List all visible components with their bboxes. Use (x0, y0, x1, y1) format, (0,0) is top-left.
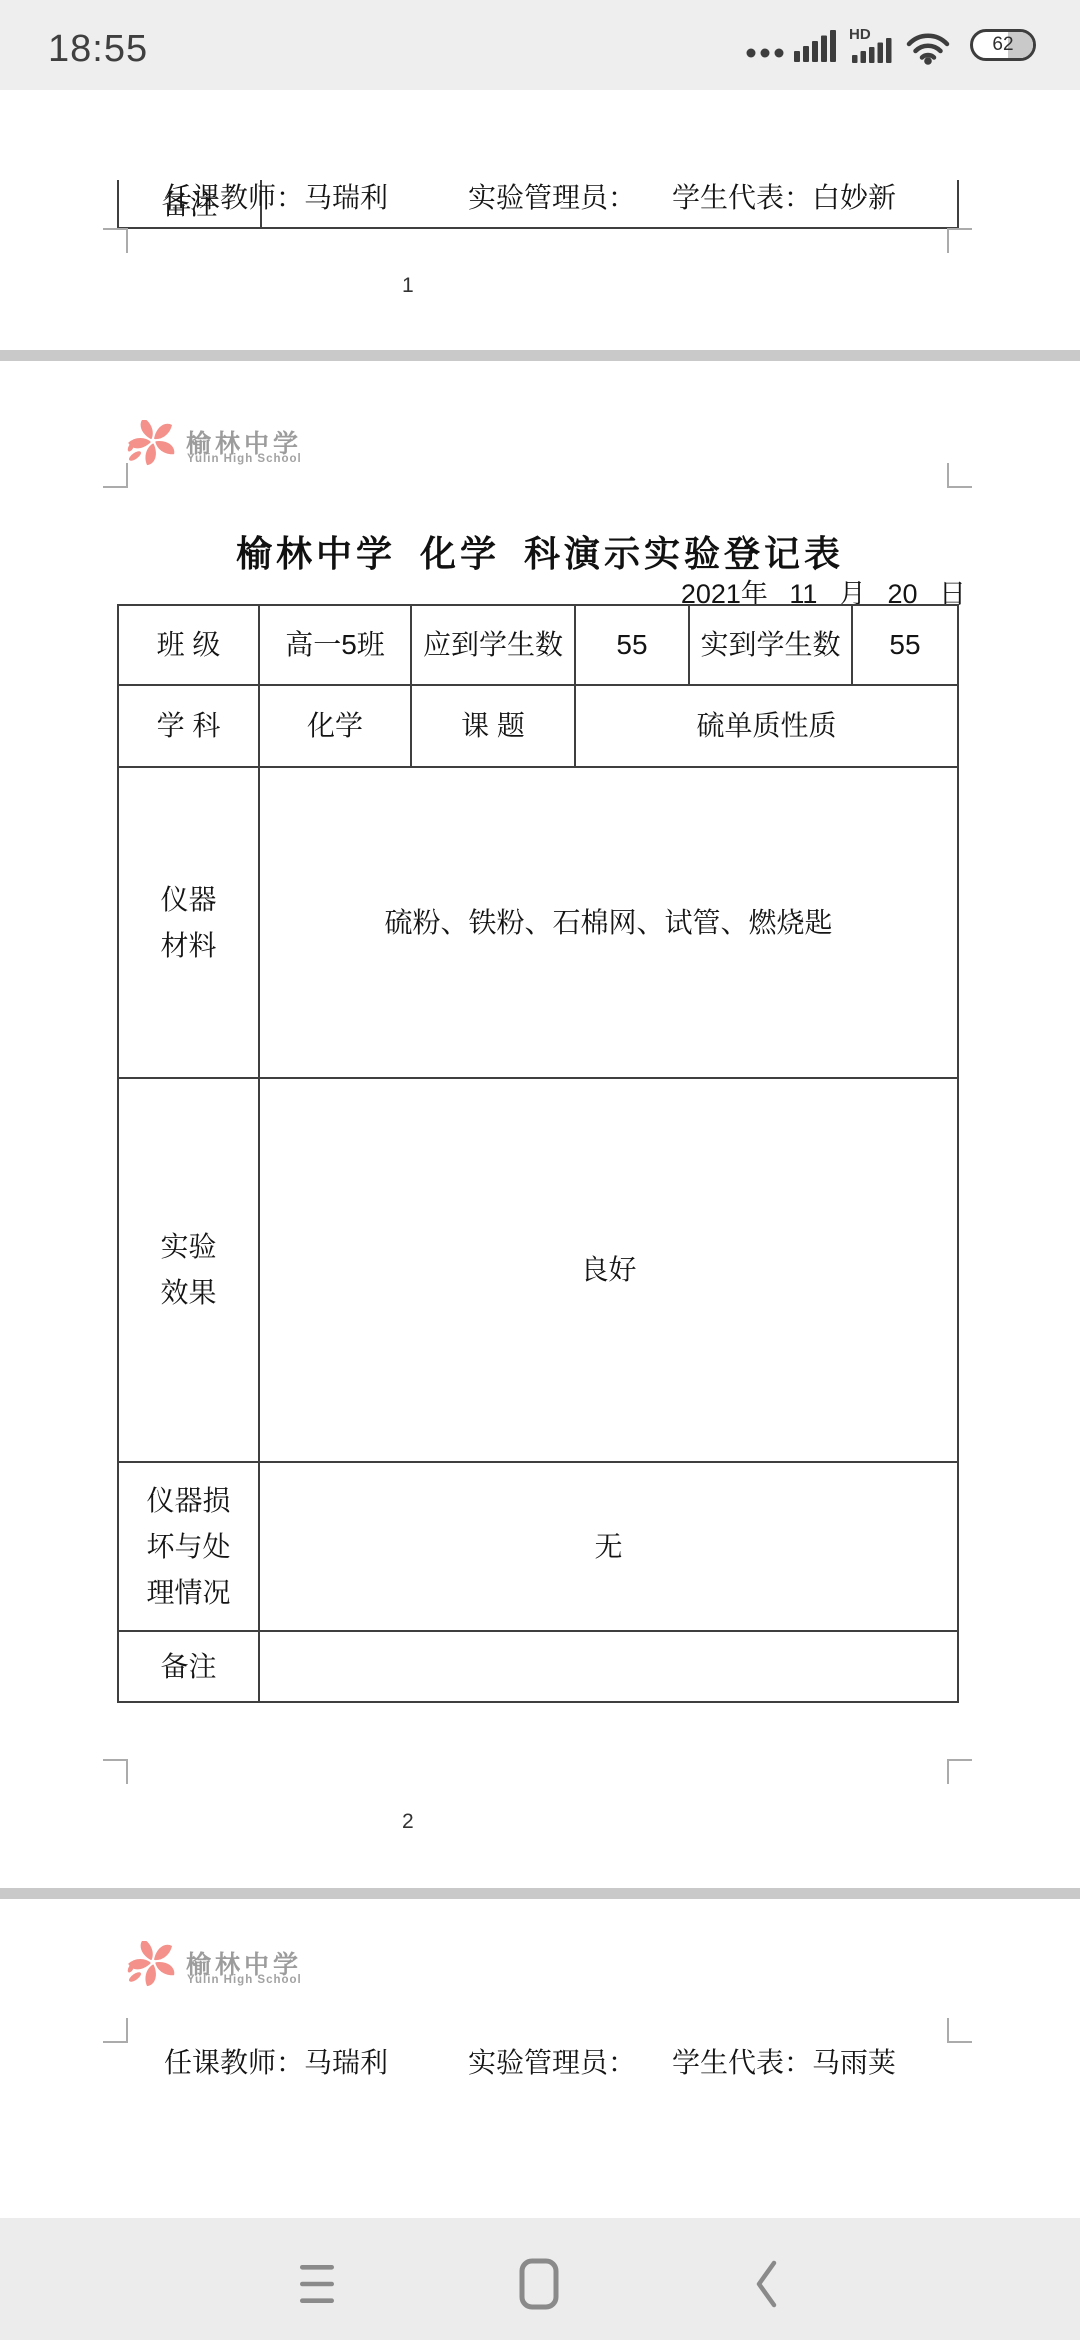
cell-actual-value: 55 (853, 606, 957, 686)
cell-subject-value: 化学 (260, 686, 412, 768)
menu-button[interactable] (272, 2244, 362, 2324)
signature-student-rep: 学生代表：马雨荚 (672, 2041, 896, 2081)
menu-icon (299, 2264, 335, 2304)
page-number-2: 2 (402, 1810, 414, 1834)
more-notifications-dots-icon (746, 47, 786, 59)
logo-school-name-en: Yulin High School (187, 1974, 302, 1986)
status-bar: 18:55 HD (0, 0, 1080, 90)
cell-class-label: 班 级 (119, 606, 260, 686)
cell-class-value: 高一5班 (260, 606, 412, 686)
cell-result-label: 实验 效果 (119, 1079, 260, 1463)
cell-expected-value: 55 (576, 606, 690, 686)
home-button[interactable] (494, 2244, 584, 2324)
cell-signal2-icon (852, 38, 894, 63)
page-separator (0, 1888, 1080, 1899)
phone-screen: 18:55 HD (0, 0, 1080, 2340)
cell-remark-label: 备注 (119, 1632, 260, 1701)
cell-damage-label: 仪器损 坏与处 理情况 (119, 1463, 260, 1632)
corner-mark-bottom-right (947, 228, 972, 253)
corner-mark-top-left (103, 2018, 128, 2043)
cell-equipment-value: 硫粉、铁粉、石棉网、试管、燃烧匙 (260, 768, 957, 1079)
battery-percent: 62 (973, 32, 1033, 58)
logo-school-name-en: Yulin High School (187, 453, 302, 465)
corner-mark-bottom-right (947, 1759, 972, 1784)
document-page-2[interactable]: 榆林中学 Yulin High School 榆林中学 化学 科演示实验登记表 … (0, 361, 1080, 1888)
cell-subject-label: 学 科 (119, 686, 260, 768)
corner-mark-top-left (103, 463, 128, 488)
system-nav-bar (0, 2218, 1080, 2340)
back-button[interactable] (722, 2244, 812, 2324)
corner-mark-top-right (947, 2018, 972, 2043)
page-number-1: 1 (402, 274, 414, 298)
signature-teacher: 任课教师：马瑞利 (164, 176, 388, 216)
document-page-1[interactable]: 备注 任课教师：马瑞利 实验管理员： 学生代表：白妙新 1 (0, 90, 1080, 350)
signature-teacher: 任课教师：马瑞利 (164, 2041, 388, 2081)
cell-equipment-label: 仪器 材料 (119, 768, 260, 1079)
signature-manager: 实验管理员： (468, 176, 636, 216)
school-logo-icon (126, 420, 178, 466)
home-icon (519, 2258, 559, 2310)
signature-manager: 实验管理员： (468, 2041, 636, 2081)
cell-actual-label: 实到学生数 (690, 606, 853, 686)
clock-label: 18:55 (48, 28, 148, 71)
battery-indicator: 62 (970, 29, 1036, 61)
cell-topic-label: 课 题 (412, 686, 576, 768)
corner-mark-bottom-left (103, 228, 128, 253)
cell-expected-label: 应到学生数 (412, 606, 576, 686)
page-separator (0, 350, 1080, 361)
cell-topic-value: 硫单质性质 (576, 686, 957, 768)
wifi-icon (906, 31, 950, 65)
cell-result-value: 良好 (260, 1079, 957, 1463)
back-icon (755, 2259, 779, 2309)
signature-student-rep: 学生代表：白妙新 (672, 176, 896, 216)
corner-mark-top-right (947, 463, 972, 488)
registration-table: 班 级 高一5班 应到学生数 55 实到学生数 55 学 科 化学 课 题 硫单… (117, 604, 959, 1703)
cell-damage-value: 无 (260, 1463, 957, 1632)
corner-mark-bottom-left (103, 1759, 128, 1784)
doc-title: 榆林中学 化学 科演示实验登记表 (0, 526, 1080, 577)
cell-remark-value (260, 1632, 957, 1701)
document-page-3[interactable]: 榆林中学 Yulin High School 任课教师：马瑞利 实验管理员： 学… (0, 1899, 1080, 2218)
school-logo-icon (126, 1941, 178, 1987)
cell-signal-icon (794, 30, 838, 62)
